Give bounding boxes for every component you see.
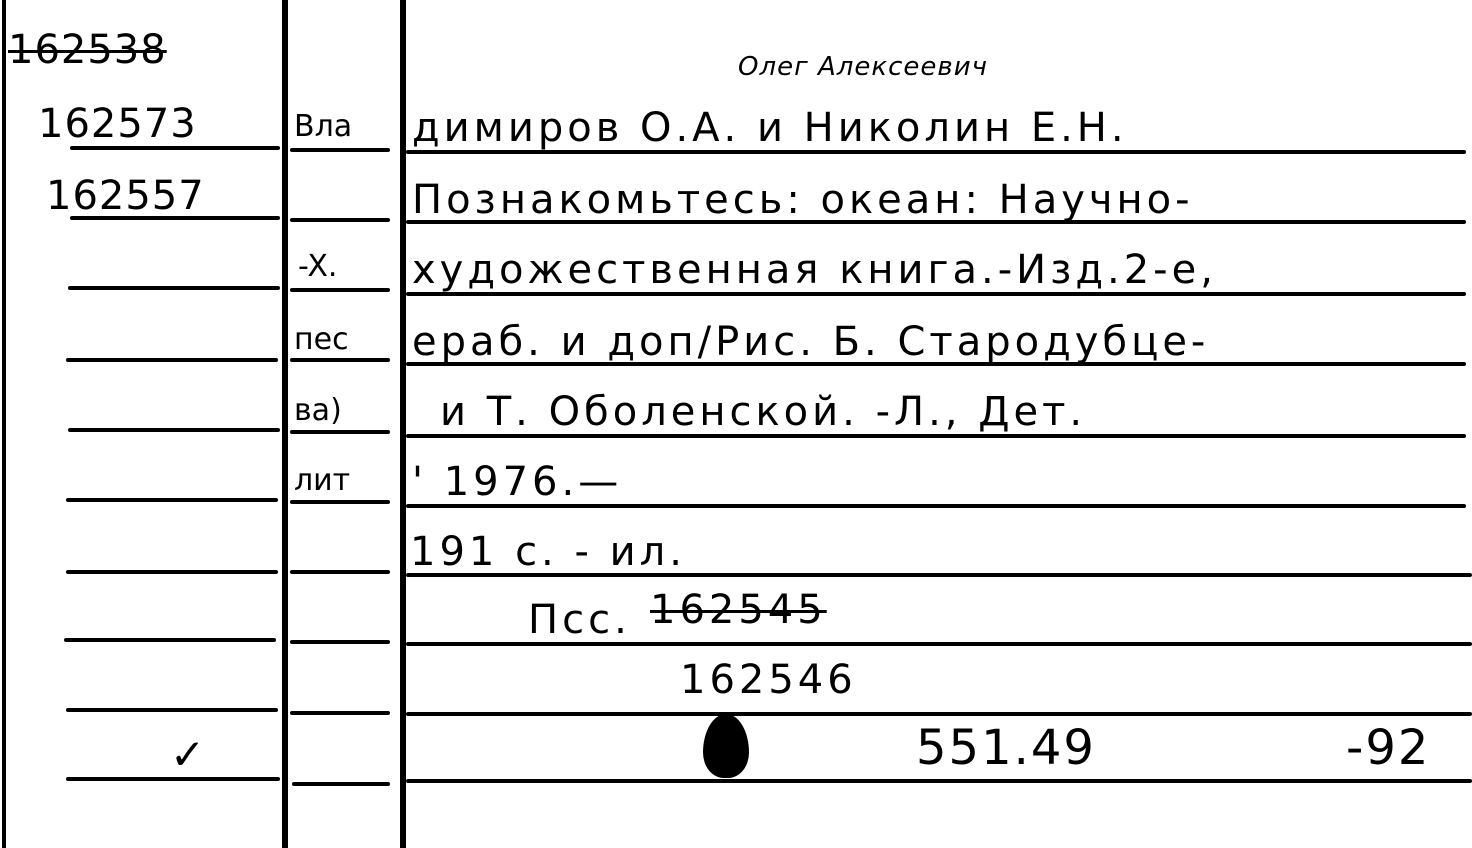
rule-left xyxy=(66,570,278,574)
pages-line: 191 с. - ил. xyxy=(410,532,686,572)
side-fragment: пес xyxy=(294,325,349,355)
classification-code: 551.49 xyxy=(916,724,1096,772)
copy-number: 162546 xyxy=(680,660,857,700)
rule-left xyxy=(66,498,278,502)
rule-mid xyxy=(290,288,390,292)
rule-mid xyxy=(290,218,390,222)
rule-main xyxy=(406,779,1472,783)
rule-mid xyxy=(290,148,390,152)
ink-blot xyxy=(703,714,749,778)
copy-number-struck: 162545 xyxy=(650,590,827,630)
rule-mid xyxy=(290,570,390,574)
rule-left xyxy=(64,638,276,642)
author-annotation: Олег Алексеевич xyxy=(738,54,988,80)
classification-suffix: -92 xyxy=(1346,724,1430,772)
catalog-card: 162538 162573 162557 ✓ Вла -X. пес ва) л… xyxy=(0,0,1472,848)
author-line: димиров О.А. и Николин Е.Н. xyxy=(412,108,1128,148)
publisher-year-line: ' 1976.— xyxy=(412,462,622,502)
rule-left xyxy=(68,428,280,432)
side-fragment: -X. xyxy=(298,252,337,282)
accession-number-primary: 162573 xyxy=(38,104,197,144)
rule-mid xyxy=(290,711,390,715)
side-fragment: лит xyxy=(294,466,350,496)
rule-mid xyxy=(290,500,390,504)
column-rule-2 xyxy=(400,0,406,848)
illustrator-line: и Т. Оболенской. -Л., Дет. xyxy=(440,392,1086,432)
side-fragment: Вла xyxy=(294,112,352,142)
check-mark-icon: ✓ xyxy=(170,730,205,779)
rule-mid xyxy=(290,430,390,434)
rule-mid xyxy=(290,358,390,362)
copy-label: Псс. xyxy=(528,600,631,640)
rule-left xyxy=(66,708,278,712)
accession-number-struck: 162538 xyxy=(8,30,167,70)
accession-number-secondary: 162557 xyxy=(46,176,205,216)
rule-mid xyxy=(292,782,390,786)
title-line-2: художественная книга.-Изд.2-е, xyxy=(412,250,1217,290)
rule-main xyxy=(406,712,1472,716)
rule-mid xyxy=(290,640,390,644)
title-line: Познакомьтесь: океан: Научно- xyxy=(412,180,1194,220)
column-rule-1 xyxy=(282,0,288,848)
rule-left xyxy=(66,358,278,362)
side-fragment: ва) xyxy=(294,396,342,426)
edition-line: ераб. и доп/Рис. Б. Стародубце- xyxy=(412,322,1209,362)
rule-left xyxy=(68,286,280,290)
left-edge-rule xyxy=(2,0,6,848)
